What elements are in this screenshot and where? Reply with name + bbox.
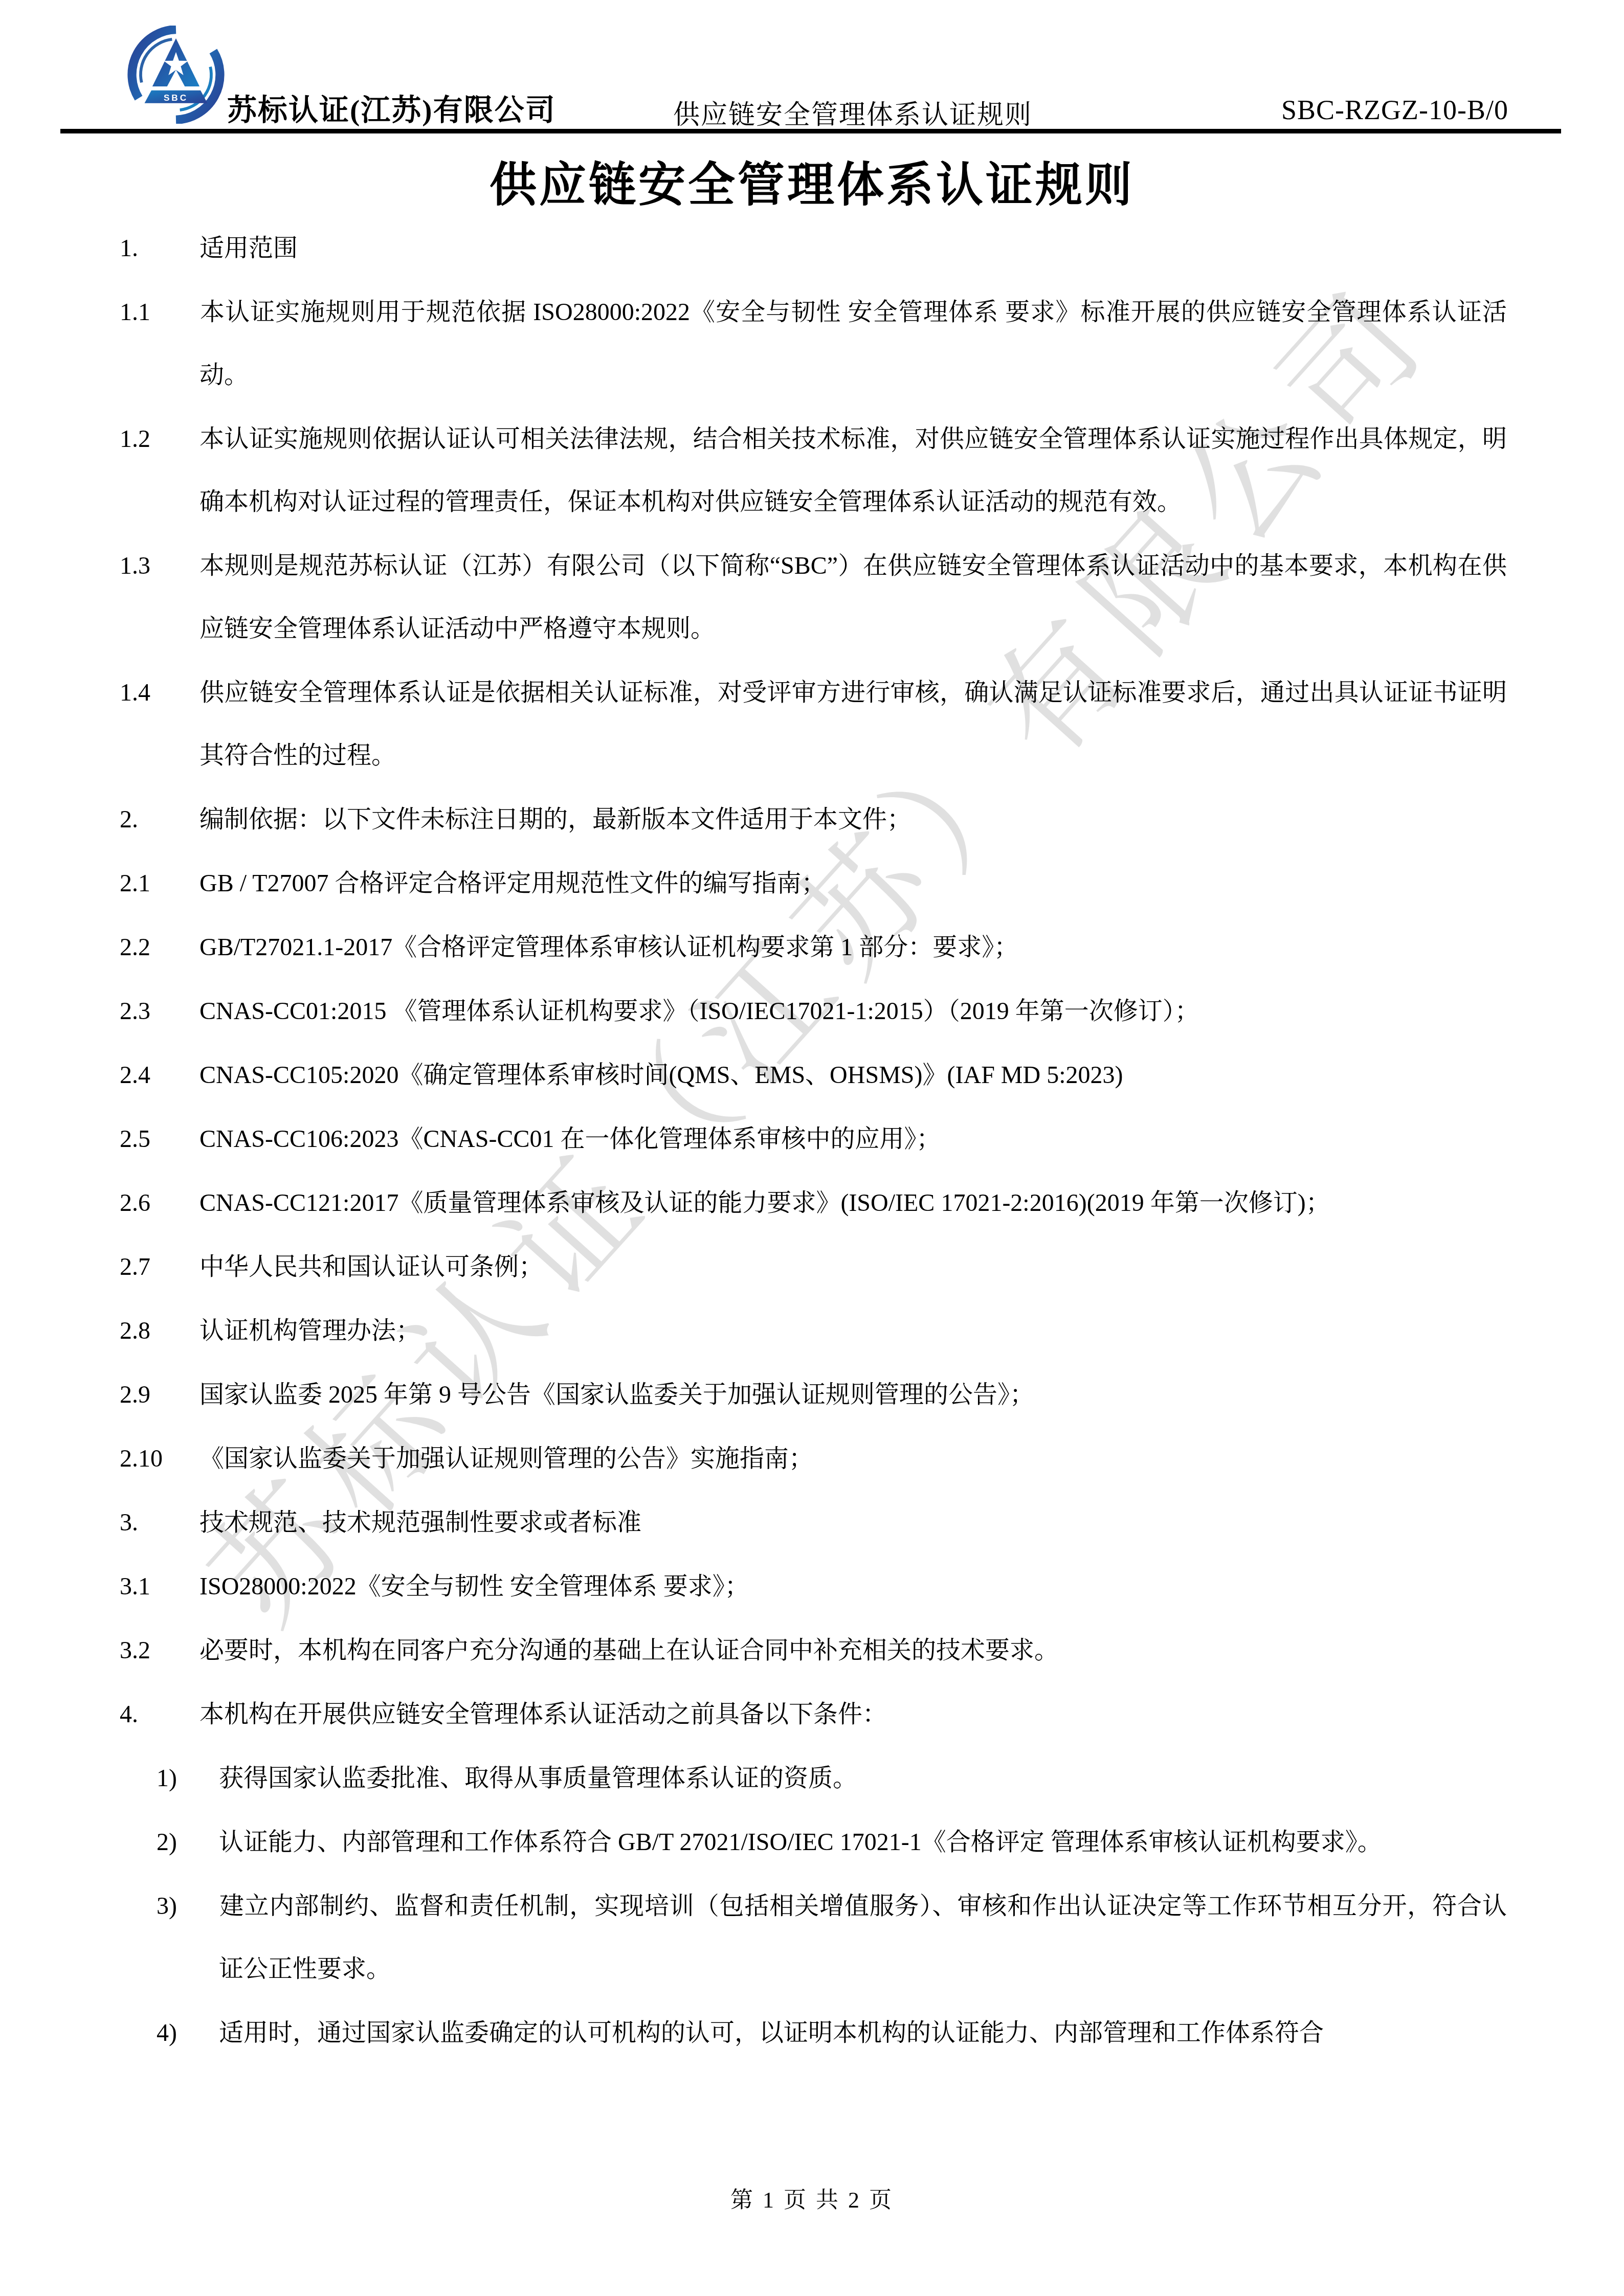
paragraph-text: 编制依据：以下文件未标注日期的，最新版本文件适用于本文件；: [199, 806, 911, 833]
paragraph-text: ISO28000:2022《安全与韧性 安全管理体系 要求》；: [199, 1573, 749, 1600]
paragraph-text: 认证机构管理办法；: [199, 1317, 420, 1344]
paragraph-item: 2.编制依据：以下文件未标注日期的，最新版本文件适用于本文件；: [120, 788, 1507, 851]
paragraph-item: 2.9国家认监委 2025 年第 9 号公告《国家认监委关于加强认证规则管理的公…: [120, 1363, 1507, 1426]
paragraph-number: 3.: [120, 1491, 199, 1554]
paragraph-number: 1): [157, 1747, 219, 1810]
paragraph-item: 1.3本规则是规范苏标认证（江苏）有限公司（以下简称“SBC”）在供应链安全管理…: [120, 534, 1507, 660]
header-doc-title: 供应链安全管理体系认证规则: [673, 93, 1032, 131]
paragraph-number: 2.10: [120, 1427, 199, 1490]
paragraph-number: 1.2: [120, 408, 199, 470]
paragraph-item: 2.6CNAS-CC121:2017《质量管理体系审核及认证的能力要求》(ISO…: [120, 1172, 1507, 1234]
paragraph-number: 2): [157, 1811, 219, 1874]
paragraph-number: 1.1: [120, 281, 199, 344]
paragraph-text: 建立内部制约、监督和责任机制，实现培训（包括相关增值服务）、审核和作出认证决定等…: [219, 1893, 1507, 1983]
paragraph-number: 2.2: [120, 916, 199, 979]
paragraph-text: 适用范围: [199, 235, 298, 262]
paragraph-item: 3.1ISO28000:2022《安全与韧性 安全管理体系 要求》；: [120, 1555, 1507, 1618]
paragraph-number: 2.6: [120, 1172, 199, 1234]
paragraph-number: 3): [157, 1875, 219, 1938]
paragraph-text: 本规则是规范苏标认证（江苏）有限公司（以下简称“SBC”）在供应链安全管理体系认…: [199, 552, 1507, 642]
paragraph-number: 4.: [120, 1683, 199, 1746]
paragraph-item: 2.3CNAS-CC01:2015 《管理体系认证机构要求》（ISO/IEC17…: [120, 980, 1507, 1043]
paragraph-item: 1.2本认证实施规则依据认证认可相关法律法规，结合相关技术标准，对供应链安全管理…: [120, 408, 1507, 533]
paragraph-item: 2.5CNAS-CC106:2023《CNAS-CC01 在一体化管理体系审核中…: [120, 1108, 1507, 1170]
paragraph-item: 2.1GB / T27007 合格评定合格评定用规范性文件的编写指南；: [120, 852, 1507, 915]
paragraph-number: 2.9: [120, 1363, 199, 1426]
paragraph-item: 2.4CNAS-CC105:2020《确定管理体系审核时间(QMS、EMS、OH…: [120, 1044, 1507, 1107]
page-number: 第 1 页 共 2 页: [0, 2181, 1624, 2214]
paragraph-item: 2.8认证机构管理办法；: [120, 1299, 1507, 1362]
paragraph-text: CNAS-CC121:2017《质量管理体系审核及认证的能力要求》(ISO/IE…: [199, 1189, 1330, 1217]
paragraph-text: GB/T27021.1-2017《合格评定管理体系审核认证机构要求第 1 部分：…: [199, 934, 1018, 961]
paragraph-item: 3.技术规范、技术规范强制性要求或者标准: [120, 1491, 1507, 1554]
paragraph-item: 2.7中华人民共和国认证认可条例；: [120, 1235, 1507, 1298]
document-page: 苏标认证（江苏）有限公司 SBC 苏标认证(江苏)有限公司 供应链安全管理体系认…: [0, 0, 1624, 2296]
paragraph-text: 认证能力、内部管理和工作体系符合 GB/T 27021/ISO/IEC 1702…: [219, 1829, 1382, 1856]
paragraph-text: 国家认监委 2025 年第 9 号公告《国家认监委关于加强认证规则管理的公告》；: [199, 1381, 1034, 1408]
paragraph-number: 1.: [120, 217, 199, 280]
document-body: 1.适用范围1.1本认证实施规则用于规范依据 ISO28000:2022《安全与…: [120, 217, 1507, 2065]
paragraph-text: 本机构在开展供应链安全管理体系认证活动之前具备以下条件：: [199, 1701, 887, 1728]
paragraph-text: 适用时，通过国家认监委确定的认可机构的认可，以证明本机构的认证能力、内部管理和工…: [219, 2019, 1324, 2046]
paragraph-text: CNAS-CC105:2020《确定管理体系审核时间(QMS、EMS、OHSMS…: [199, 1062, 1123, 1089]
paragraph-item: 1)获得国家认监委批准、取得从事质量管理体系认证的资质。: [157, 1747, 1507, 1810]
paragraph-number: 4): [157, 2001, 219, 2064]
paragraph-text: GB / T27007 合格评定合格评定用规范性文件的编写指南；: [199, 870, 826, 897]
paragraph-item: 4.本机构在开展供应链安全管理体系认证活动之前具备以下条件：: [120, 1683, 1507, 1746]
page-title: 供应链安全管理体系认证规则: [0, 147, 1624, 215]
paragraph-number: 2.3: [120, 980, 199, 1043]
paragraph-number: 3.2: [120, 1619, 199, 1682]
paragraph-number: 3.1: [120, 1555, 199, 1618]
paragraph-item: 4)适用时，通过国家认监委确定的认可机构的认可，以证明本机构的认证能力、内部管理…: [157, 2001, 1507, 2064]
paragraph-item: 3.2必要时，本机构在同客户充分沟通的基础上在认证合同中补充相关的技术要求。: [120, 1619, 1507, 1682]
paragraph-item: 1.适用范围: [120, 217, 1507, 280]
header-company-name: 苏标认证(江苏)有限公司: [227, 86, 556, 129]
paragraph-text: 本认证实施规则用于规范依据 ISO28000:2022《安全与韧性 安全管理体系…: [199, 299, 1507, 389]
paragraph-item: 2)认证能力、内部管理和工作体系符合 GB/T 27021/ISO/IEC 17…: [157, 1811, 1507, 1874]
paragraph-text: 必要时，本机构在同客户充分沟通的基础上在认证合同中补充相关的技术要求。: [199, 1637, 1059, 1664]
paragraph-number: 1.3: [120, 534, 199, 597]
paragraph-item: 2.2GB/T27021.1-2017《合格评定管理体系审核认证机构要求第 1 …: [120, 916, 1507, 979]
paragraph-number: 2.7: [120, 1235, 199, 1298]
paragraph-text: CNAS-CC01:2015 《管理体系认证机构要求》（ISO/IEC17021…: [199, 998, 1199, 1025]
logo-sbc-text: SBC: [164, 93, 188, 103]
paragraph-text: 供应链安全管理体系认证是依据相关认证标准，对受评审方进行审核，确认满足认证标准要…: [199, 679, 1507, 769]
sbc-logo-icon: SBC: [127, 26, 225, 124]
paragraph-number: 2.4: [120, 1044, 199, 1107]
paragraph-item: 3)建立内部制约、监督和责任机制，实现培训（包括相关增值服务）、审核和作出认证决…: [157, 1875, 1507, 2000]
paragraph-item: 2.10《国家认监委关于加强认证规则管理的公告》实施指南；: [120, 1427, 1507, 1490]
paragraph-number: 2.1: [120, 852, 199, 915]
paragraph-number: 2.5: [120, 1108, 199, 1170]
paragraph-item: 1.1本认证实施规则用于规范依据 ISO28000:2022《安全与韧性 安全管…: [120, 281, 1507, 407]
paragraph-text: 《国家认监委关于加强认证规则管理的公告》实施指南；: [199, 1445, 813, 1472]
header-divider: [60, 129, 1561, 133]
paragraph-text: CNAS-CC106:2023《CNAS-CC01 在一体化管理体系审核中的应用…: [199, 1126, 941, 1153]
paragraph-text: 中华人民共和国认证认可条例；: [199, 1253, 543, 1280]
paragraph-number: 2.: [120, 788, 199, 851]
paragraph-text: 技术规范、技术规范强制性要求或者标准: [199, 1509, 641, 1536]
paragraph-text: 本认证实施规则依据认证认可相关法律法规，结合相关技术标准，对供应链安全管理体系认…: [199, 425, 1507, 515]
paragraph-item: 1.4供应链安全管理体系认证是依据相关认证标准，对受评审方进行审核，确认满足认证…: [120, 661, 1507, 787]
paragraph-number: 1.4: [120, 661, 199, 724]
header-doc-code: SBC-RZGZ-10-B/0: [1281, 94, 1508, 126]
paragraph-number: 2.8: [120, 1299, 199, 1362]
paragraph-text: 获得国家认监委批准、取得从事质量管理体系认证的资质。: [219, 1765, 857, 1792]
